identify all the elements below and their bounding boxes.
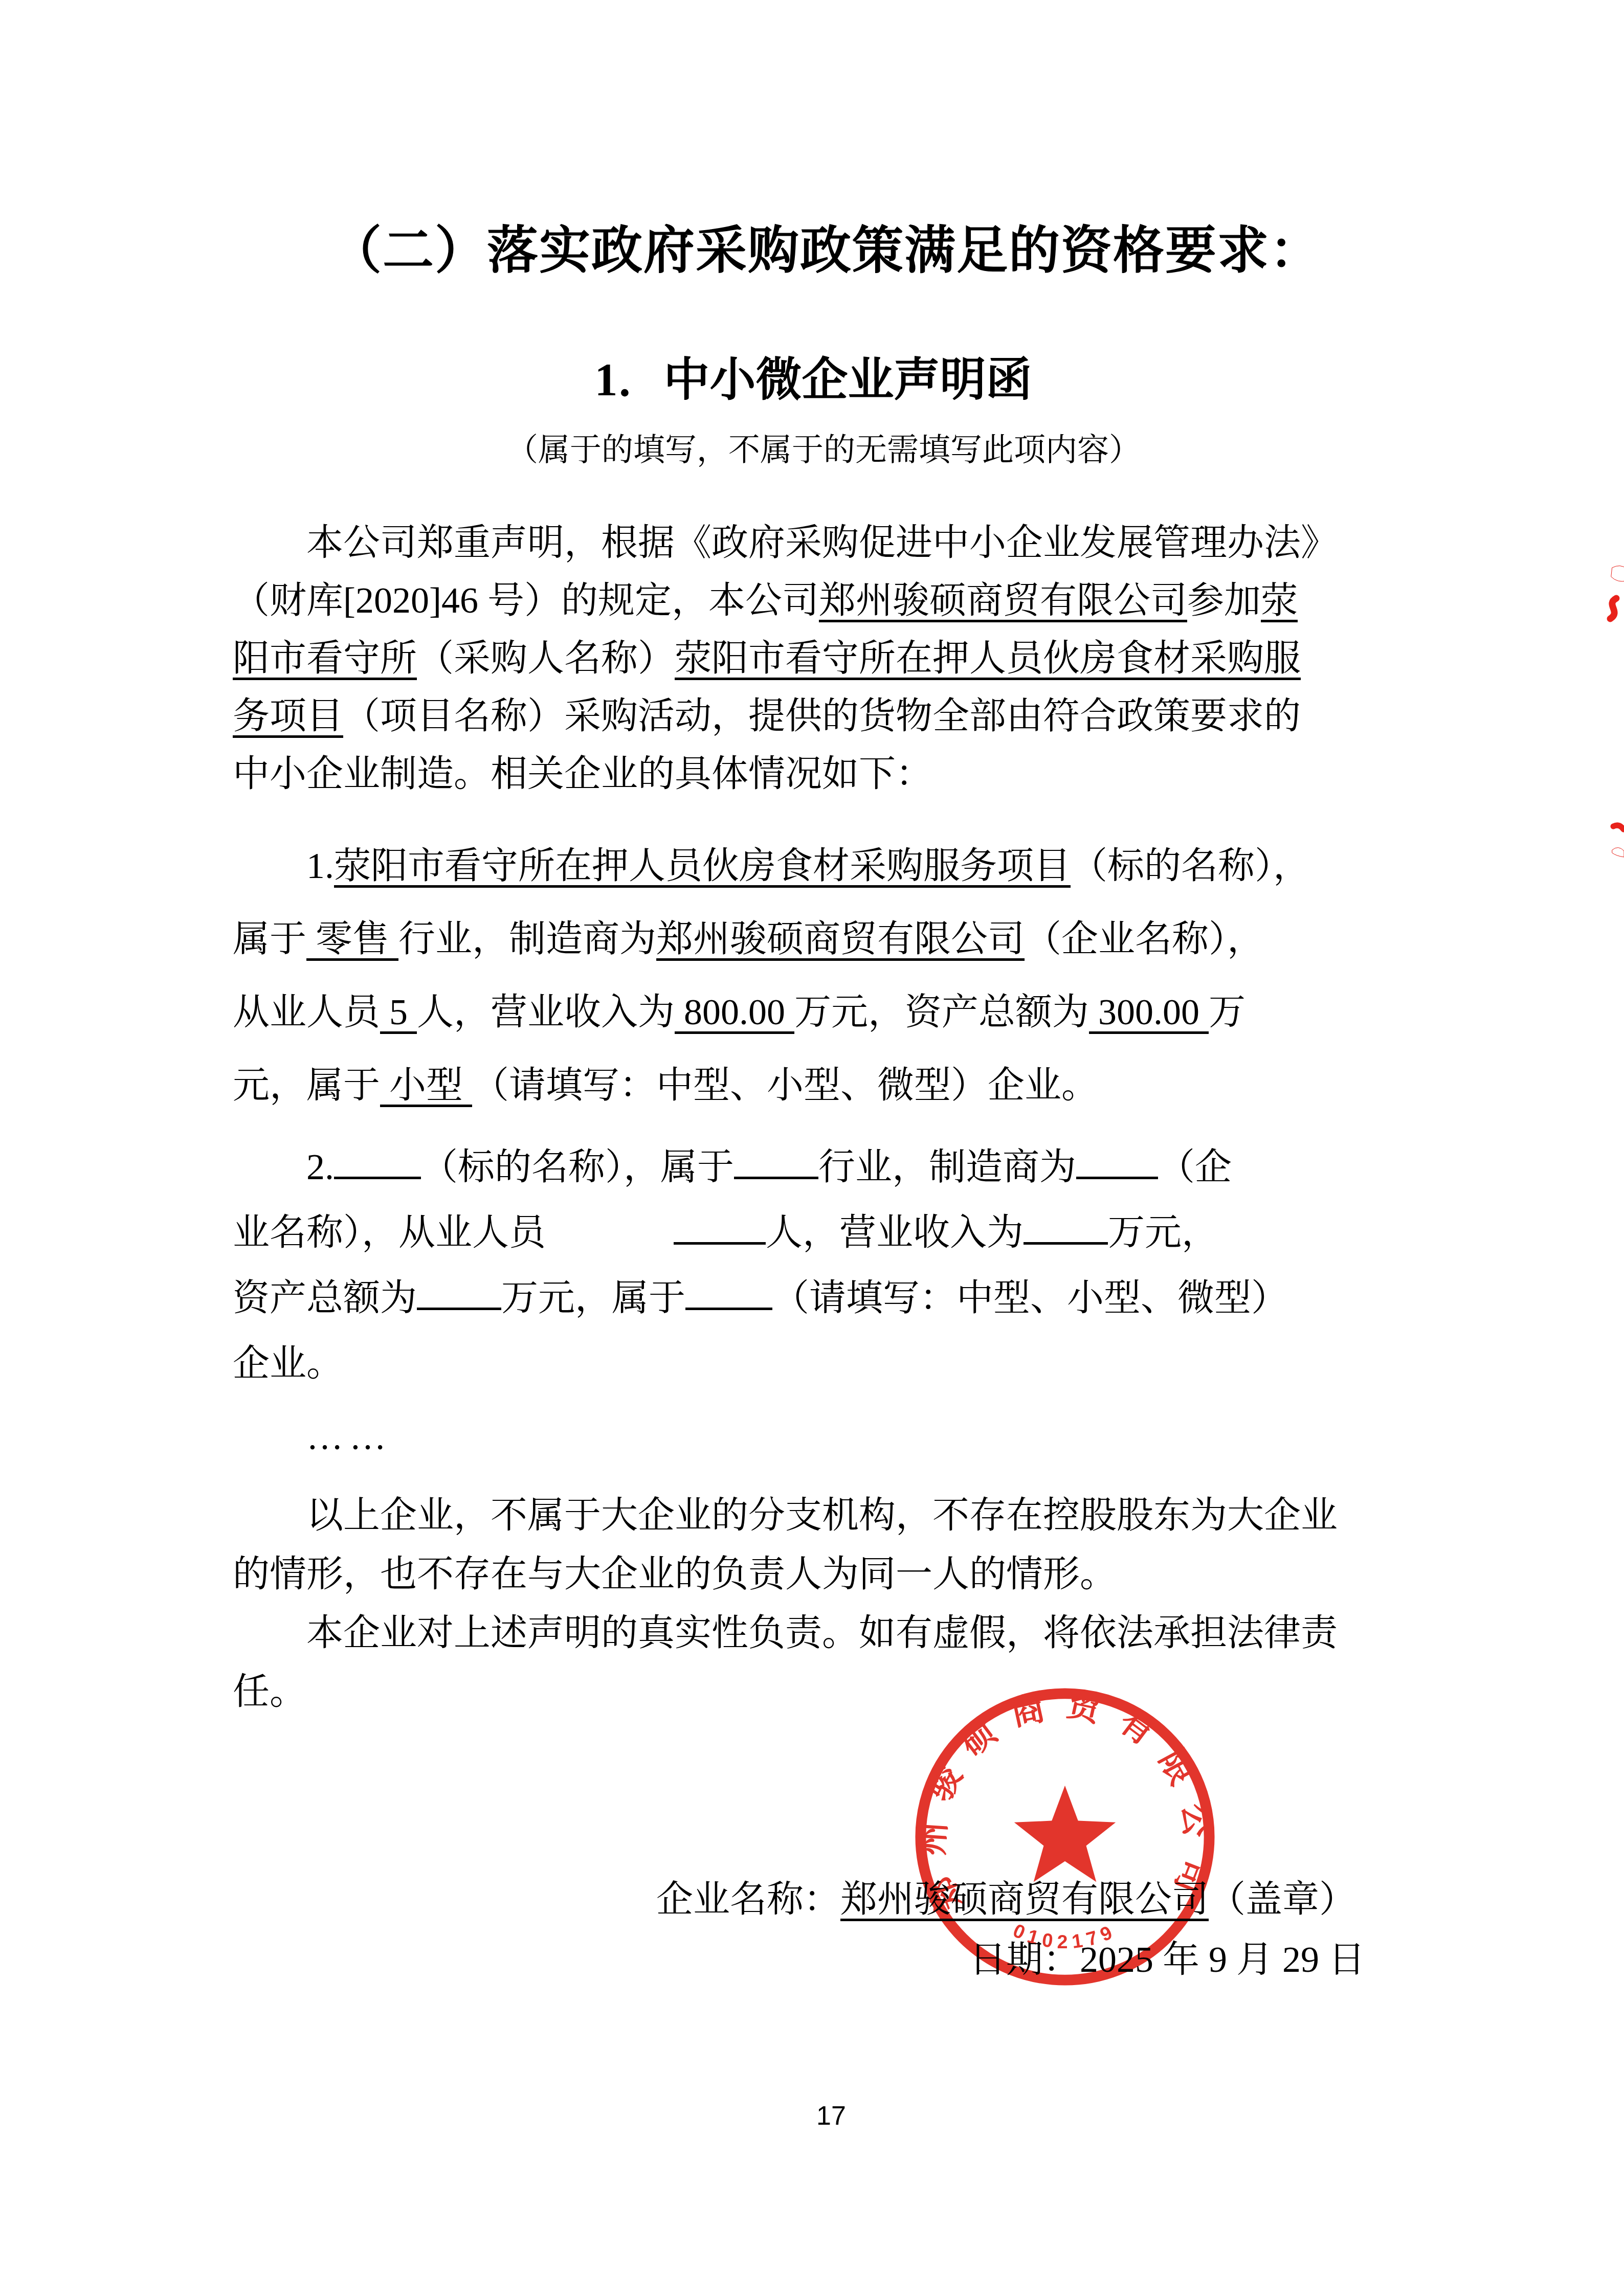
seal-fragment-icon <box>1600 818 1624 864</box>
document-page: （二）落实政府采购政策满足的资格要求： 1．中小微企业声明函 （属于的填写，不属… <box>0 0 1624 2296</box>
fill-instruction-note: （属于的填写，不属于的无需填写此项内容） <box>233 432 1394 469</box>
seal-serial-number: 0102179 <box>1010 1920 1120 1952</box>
page-number: 17 <box>816 2102 846 2131</box>
seal-fragment-icon <box>1581 547 1624 629</box>
closing-paragraph-1: 以上企业，不属于大企业的分支机构，不存在控股股东为大企业的情形，也不存在与大企业… <box>233 1486 1394 1604</box>
closing-block: 以上企业，不属于大企业的分支机构，不存在控股股东为大企业的情形，也不存在与大企业… <box>233 1486 1394 1721</box>
company-seal-stamp: 郑州骏硕商贸有限公司 0102179 <box>911 1685 1218 1990</box>
ellipsis-line: …… <box>233 1411 1394 1462</box>
item2-paragraph: 2.（标的名称），属于行业，制造商为（企业名称），从业人员人，营业收入为万元，资… <box>233 1134 1394 1396</box>
company-name-label: 企业名称： <box>656 1879 840 1920</box>
item1-paragraph: 1.荥阳市看守所在押人员伙房食材采购服务项目（标的名称），属于 零售 行业，制造… <box>233 829 1394 1122</box>
seal-star-icon <box>1014 1786 1116 1882</box>
section-title: （二）落实政府采购政策满足的资格要求： <box>233 223 1394 279</box>
intro-paragraph: 本公司郑重声明，根据《政府采购促进中小企业发展管理办法》（财库[2020]46 … <box>233 514 1394 803</box>
closing-paragraph-2: 本企业对上述声明的真实性负责。如有虚假，将依法承担法律责任。 <box>233 1604 1394 1721</box>
company-seal-hint: （盖章） <box>1209 1879 1356 1920</box>
declaration-title: 1．中小微企业声明函 <box>233 355 1394 406</box>
